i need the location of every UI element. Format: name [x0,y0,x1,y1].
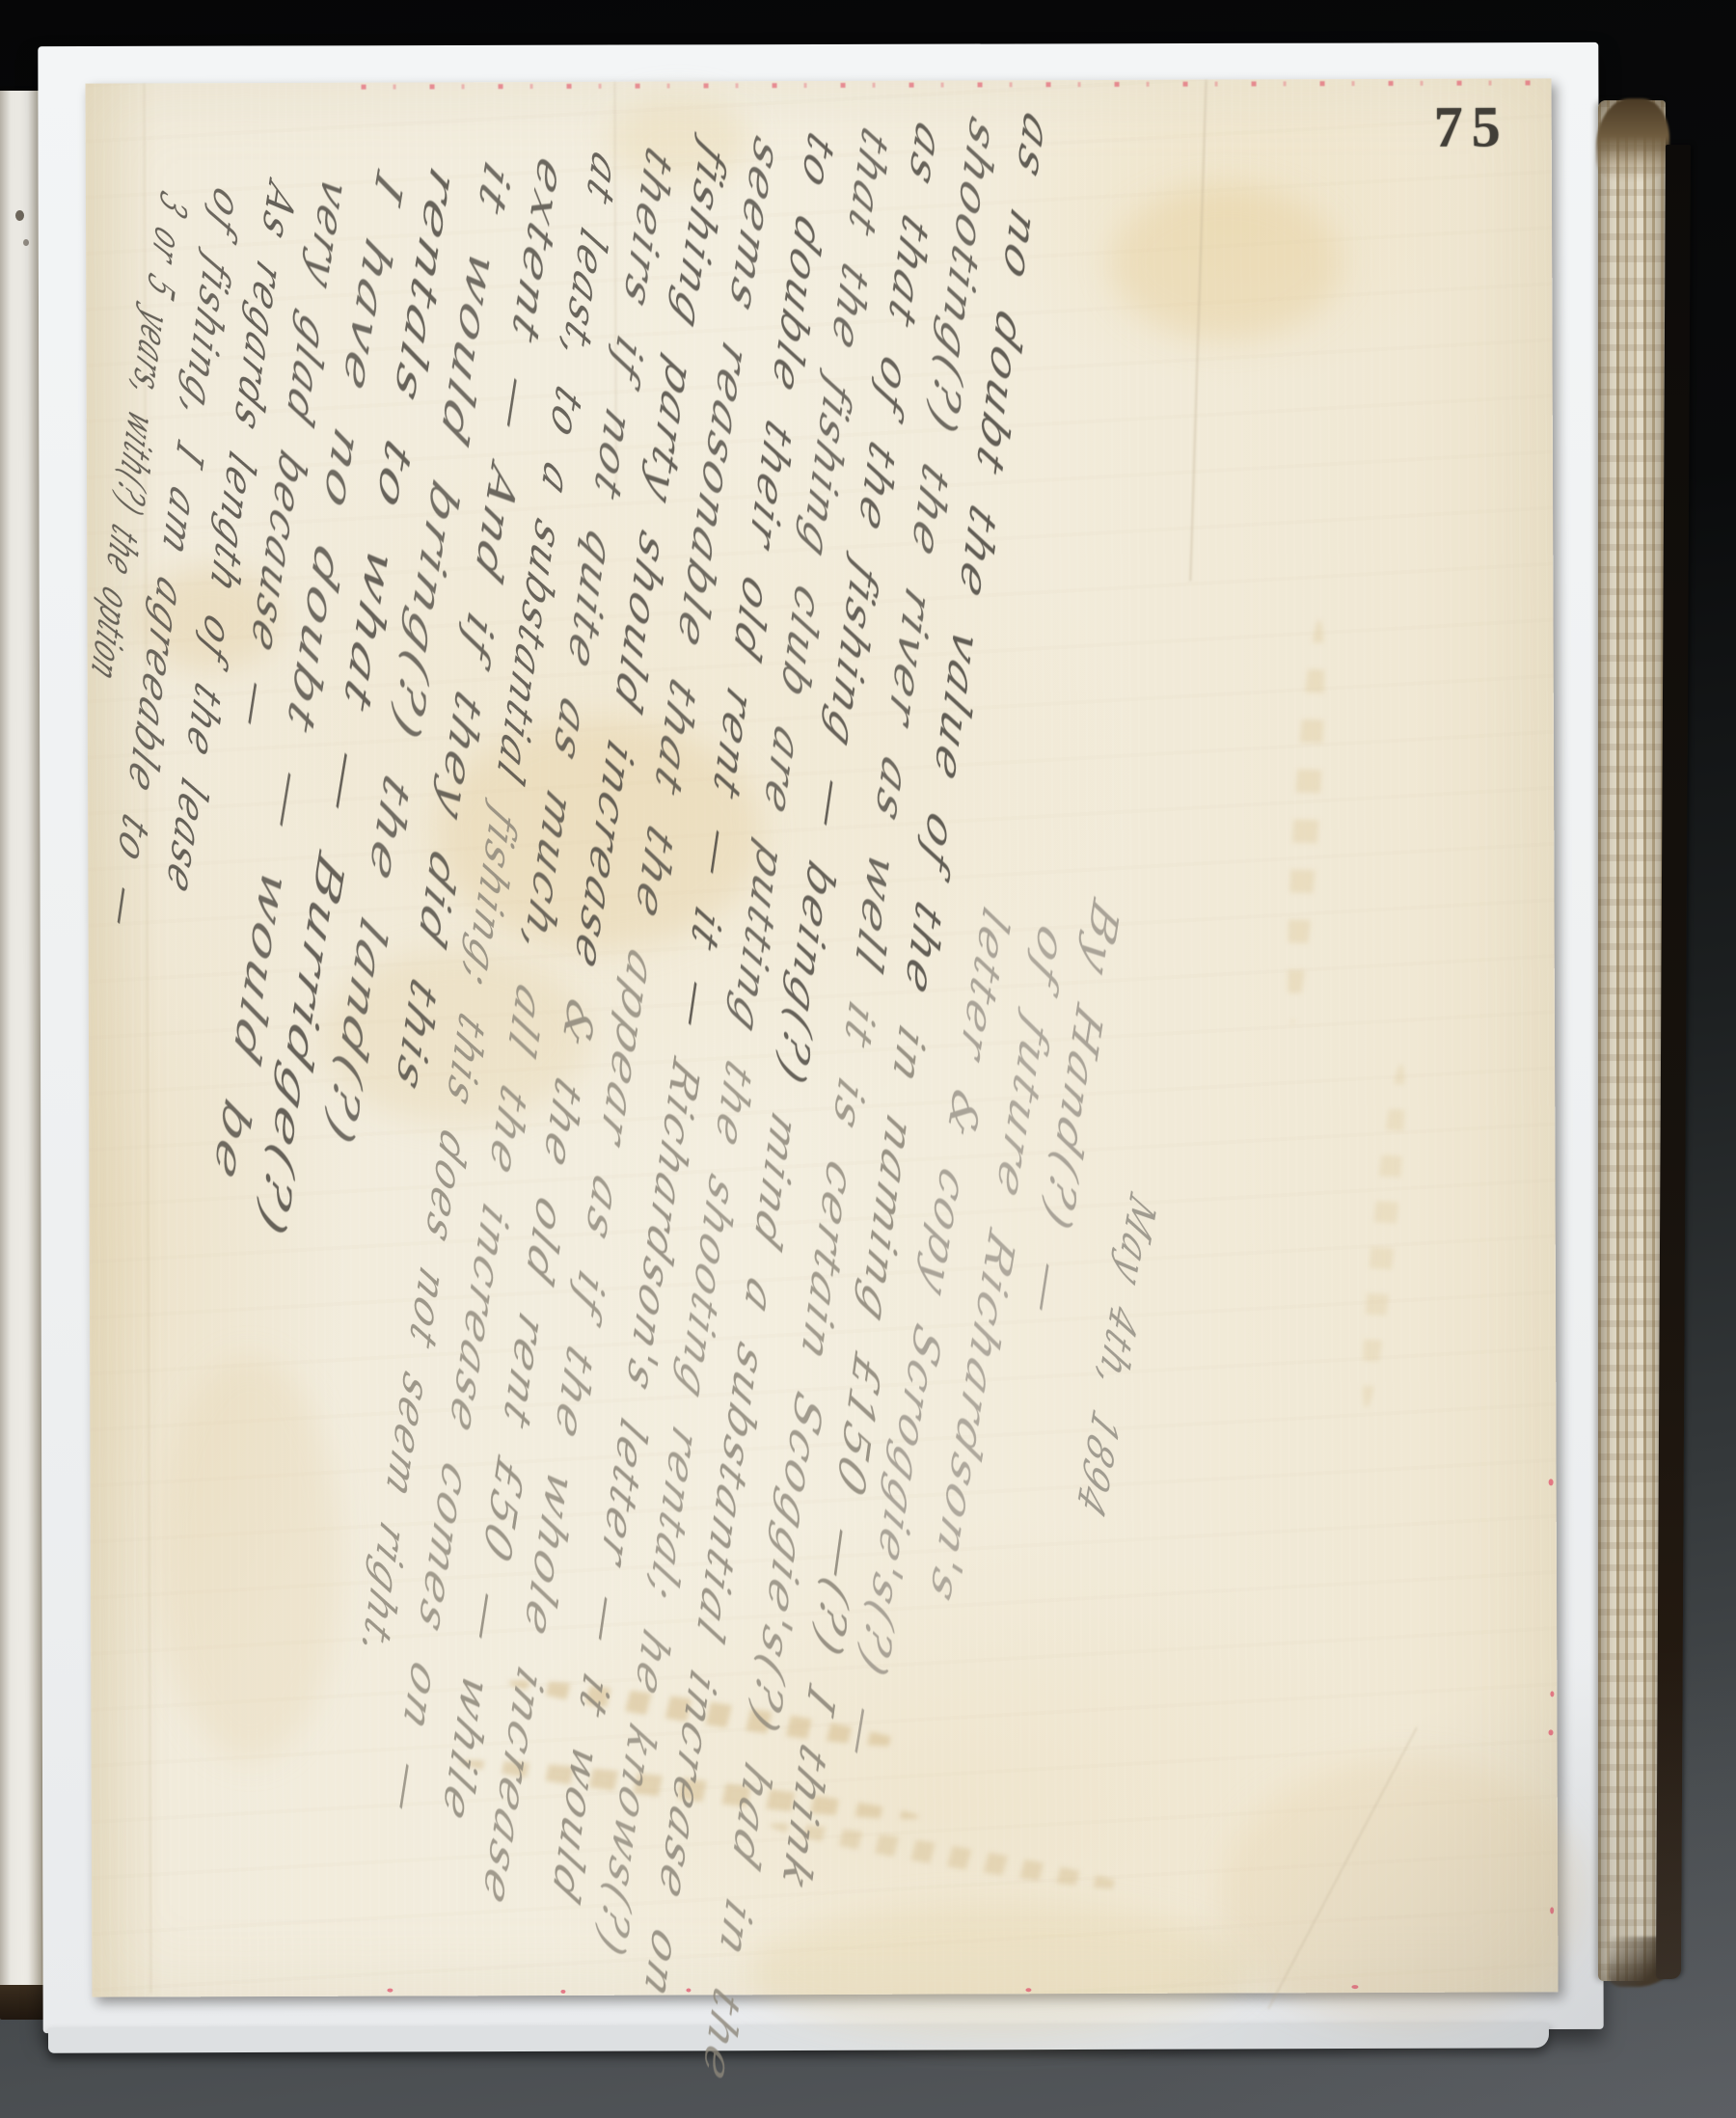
white-backing-sheet-lower-layer [48,2023,1549,2052]
show-through-mark [1355,1063,1413,1411]
red-edge-dot [1549,1479,1554,1485]
manuscript-photo-scene: as no doubt the value of the in naming £… [0,0,1736,2118]
book-fore-edge [1598,100,1666,1981]
red-edge-dot [1549,1729,1554,1735]
manuscript-page: as no doubt the value of the in naming £… [86,78,1559,1996]
paper-crease [1267,1727,1418,2010]
show-through-mark [1280,619,1332,1025]
paper-stain [1110,185,1343,340]
red-edge-dot [1351,1985,1358,1989]
leaf-speck [23,239,29,246]
leaf-speck [15,210,24,221]
red-edge-dot [1550,1691,1554,1697]
handwritten-line: May 4th, 1894 [1068,1185,1162,1527]
page-number: 75 [1434,95,1509,161]
red-edge-dot [686,1988,691,1992]
fore-edge-top-cap [1596,98,1669,181]
red-edge-dot [1025,1988,1031,1992]
paper-crease [1189,80,1207,582]
red-edge-dot [1550,1907,1554,1914]
paper-stain [157,1356,341,1762]
paper-stain [1220,1756,1587,2027]
red-speckled-top-edge [362,80,1534,89]
red-edge-dot [387,1989,393,1993]
red-edge-dot [560,1990,565,1994]
